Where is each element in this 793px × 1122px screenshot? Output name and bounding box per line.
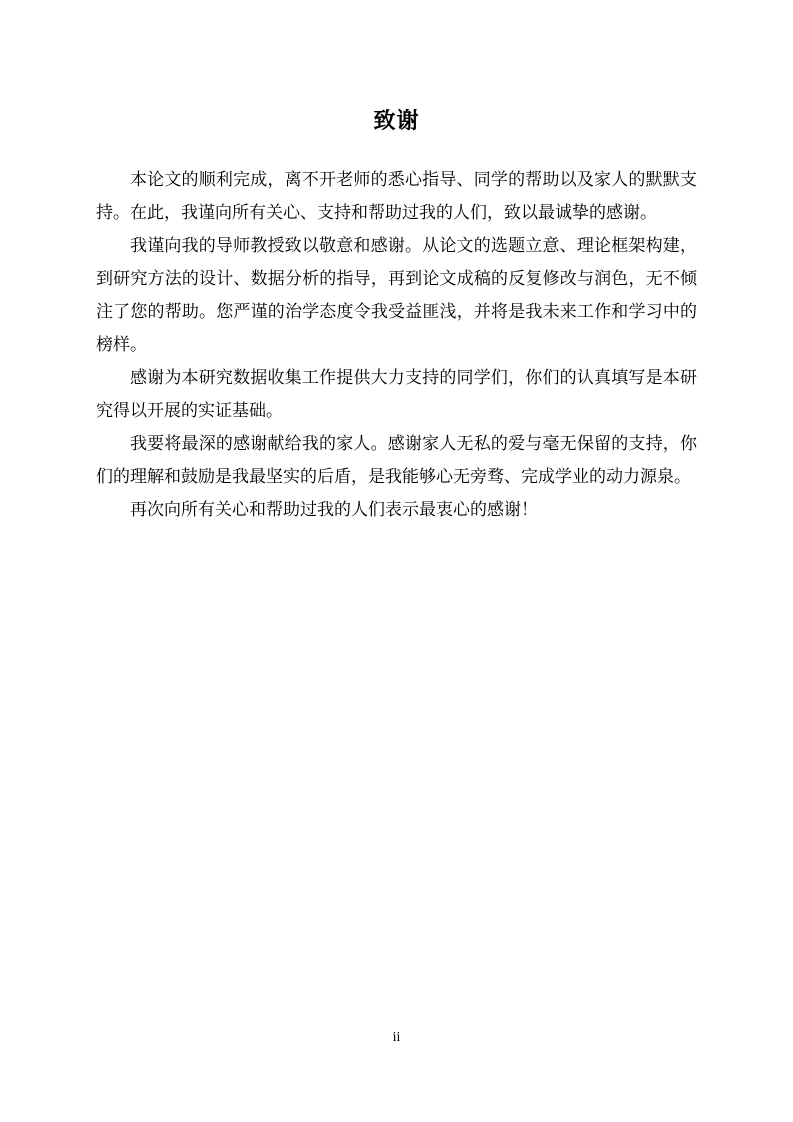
paragraph-5: 再次向所有关心和帮助过我的人们表示最衷心的感谢！ (96, 493, 697, 526)
paragraph-2: 我谨向我的导师教授致以敬意和感谢。从论文的选题立意、理论框架构建，到研究方法的设… (96, 229, 697, 361)
paragraph-1: 本论文的顺利完成，离不开老师的悉心指导、同学的帮助以及家人的默默支持。在此，我谨… (96, 163, 697, 229)
paragraph-3: 感谢为本研究数据收集工作提供大力支持的同学们，你们的认真填写是本研究得以开展的实… (96, 361, 697, 427)
page-number: ii (0, 1030, 793, 1046)
document-page: 致谢 本论文的顺利完成，离不开老师的悉心指导、同学的帮助以及家人的默默支持。在此… (0, 0, 793, 1122)
paragraph-4: 我要将最深的感谢献给我的家人。感谢家人无私的爱与毫无保留的支持，你们的理解和鼓励… (96, 427, 697, 493)
page-content: 致谢 本论文的顺利完成，离不开老师的悉心指导、同学的帮助以及家人的默默支持。在此… (96, 0, 697, 526)
page-title: 致谢 (96, 0, 697, 137)
acknowledgments-body: 本论文的顺利完成，离不开老师的悉心指导、同学的帮助以及家人的默默支持。在此，我谨… (96, 163, 697, 526)
